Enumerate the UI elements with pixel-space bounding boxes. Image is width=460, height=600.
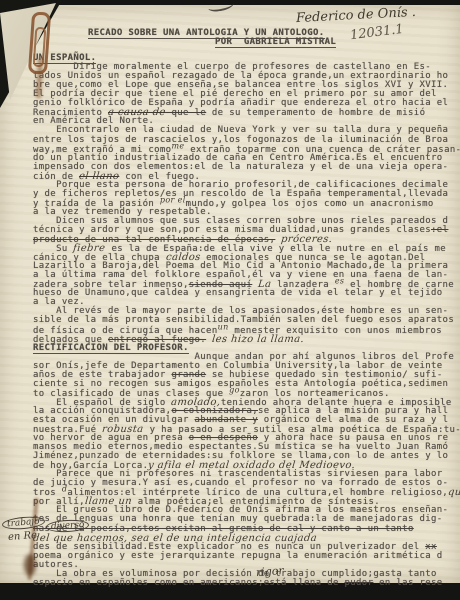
typed-text: genio folklórico de España y podría añad…	[33, 98, 448, 108]
strikethrough-text: abundante y	[195, 415, 258, 425]
typed-line: a la última rama del folklore español,él…	[33, 271, 459, 280]
inserted-handwritten-text: un	[218, 322, 229, 331]
underlined-heading-text: POR GABRIELA MISTRAL	[215, 37, 336, 48]
typed-line: hueso de Unamuno,que caldea y ensangrien…	[33, 289, 459, 298]
handwritten-text: caldos	[165, 253, 201, 262]
strikethrough-text: :el	[431, 225, 448, 235]
handwritten-text: les hizo la llama.	[211, 335, 304, 344]
typed-line: espacio en españoles como en americanos;…	[33, 579, 459, 588]
ink-stain	[24, 554, 36, 576]
typed-line: esta ocasión en un divulgar abundante y …	[33, 416, 459, 425]
typed-line: técnica y ardor y que son,por esta misma…	[33, 226, 459, 235]
inserted-handwritten-text: es	[335, 277, 345, 286]
handwritten-strikethrough-text: el llano	[79, 172, 120, 181]
typed-line: de juicio y mesura.Y así es,cuando el pr…	[33, 479, 459, 488]
handwritten-text: llame un	[84, 497, 132, 506]
typed-text: ciente si no recogen sus amigos españole…	[33, 379, 448, 389]
handwritten-strikethrough-text: a causa de	[108, 108, 167, 117]
typed-text: mundo,y golpea los ojos como un anacroni…	[186, 199, 434, 209]
typed-line: entre los tajos de rascacielos y,los fog…	[33, 136, 459, 145]
document-content: RECADO SOBRE UNA ANTOLOGIA Y UN ANTOLOGO…	[33, 29, 459, 588]
inserted-handwritten-text: por el	[160, 195, 186, 204]
typed-line: to clasificado de unas clases que gozaro…	[33, 389, 459, 398]
typed-line: ciente si no recogen sus amigos españole…	[33, 380, 459, 389]
strikethrough-text: pudor	[345, 578, 374, 588]
handwritten-correction-rigor: rigor	[256, 564, 285, 579]
handwritten-text: amolado,	[171, 398, 221, 407]
strikethrough-text: que le	[166, 108, 206, 118]
typed-text: técnica y ardor y que son,por esta misma…	[33, 225, 431, 235]
inserted-handwritten-text: d	[62, 485, 67, 494]
typed-line: Su fiebre es la de España:de ella vive y…	[33, 244, 459, 253]
typed-line: POR GABRIELA MISTRAL	[33, 38, 459, 47]
typed-text: en las rese	[373, 578, 442, 588]
typed-text: de su temperamento de hombre de misió	[206, 108, 425, 118]
margin-annotation-en-re: en Re	[8, 530, 38, 543]
handwritten-text: robusta	[102, 425, 145, 434]
handwritten-text: fiebre	[73, 244, 106, 253]
inserted-handwritten-text: me	[171, 141, 184, 150]
handwritten-text: próceres.	[281, 235, 333, 244]
inserted-handwritten-text: go	[229, 385, 240, 394]
typed-text: poema orgánico y este jerarquizante repu…	[33, 551, 443, 561]
typed-text: entre los tajos de rascacielos y,los fog…	[33, 135, 448, 145]
typed-text: a la última rama del folklore español,él…	[33, 270, 448, 280]
handwritten-text: del que hacemos, sea el de una inteligen…	[33, 534, 318, 543]
handwritten-text: que	[448, 488, 460, 497]
handwritten-text: y afila el metal oxidado del Medioevo.	[148, 461, 356, 470]
typed-text: y de ficheros repletos/es un rescoldo de…	[33, 189, 448, 199]
typed-text: espacio en españoles como en americanos;…	[33, 578, 345, 588]
typed-text: orgánico del alma de su raza y l	[258, 415, 448, 425]
document-page: RECADO SOBRE UNA ANTOLOGIA Y UN ANTOLOGO…	[0, 5, 460, 583]
typed-line: y de ficheros repletos/es un rescoldo de…	[33, 190, 459, 199]
typed-line: sible de la más pronta sensibilidad.Tamb…	[33, 316, 459, 325]
typed-text: hueso de Unamuno,que caldea y ensangrien…	[33, 288, 443, 298]
typed-text: sible de la más pronta sensibilidad.Tamb…	[33, 315, 454, 325]
typed-text: de juicio y mesura.Y así es,cuando el pr…	[33, 478, 448, 488]
handwritten-text: La	[258, 280, 272, 289]
scanned-document: RECADO SOBRE UNA ANTOLOGIA Y UN ANTOLOGO…	[0, 0, 460, 600]
typed-line: poema orgánico y este jerarquizante repu…	[33, 552, 459, 561]
